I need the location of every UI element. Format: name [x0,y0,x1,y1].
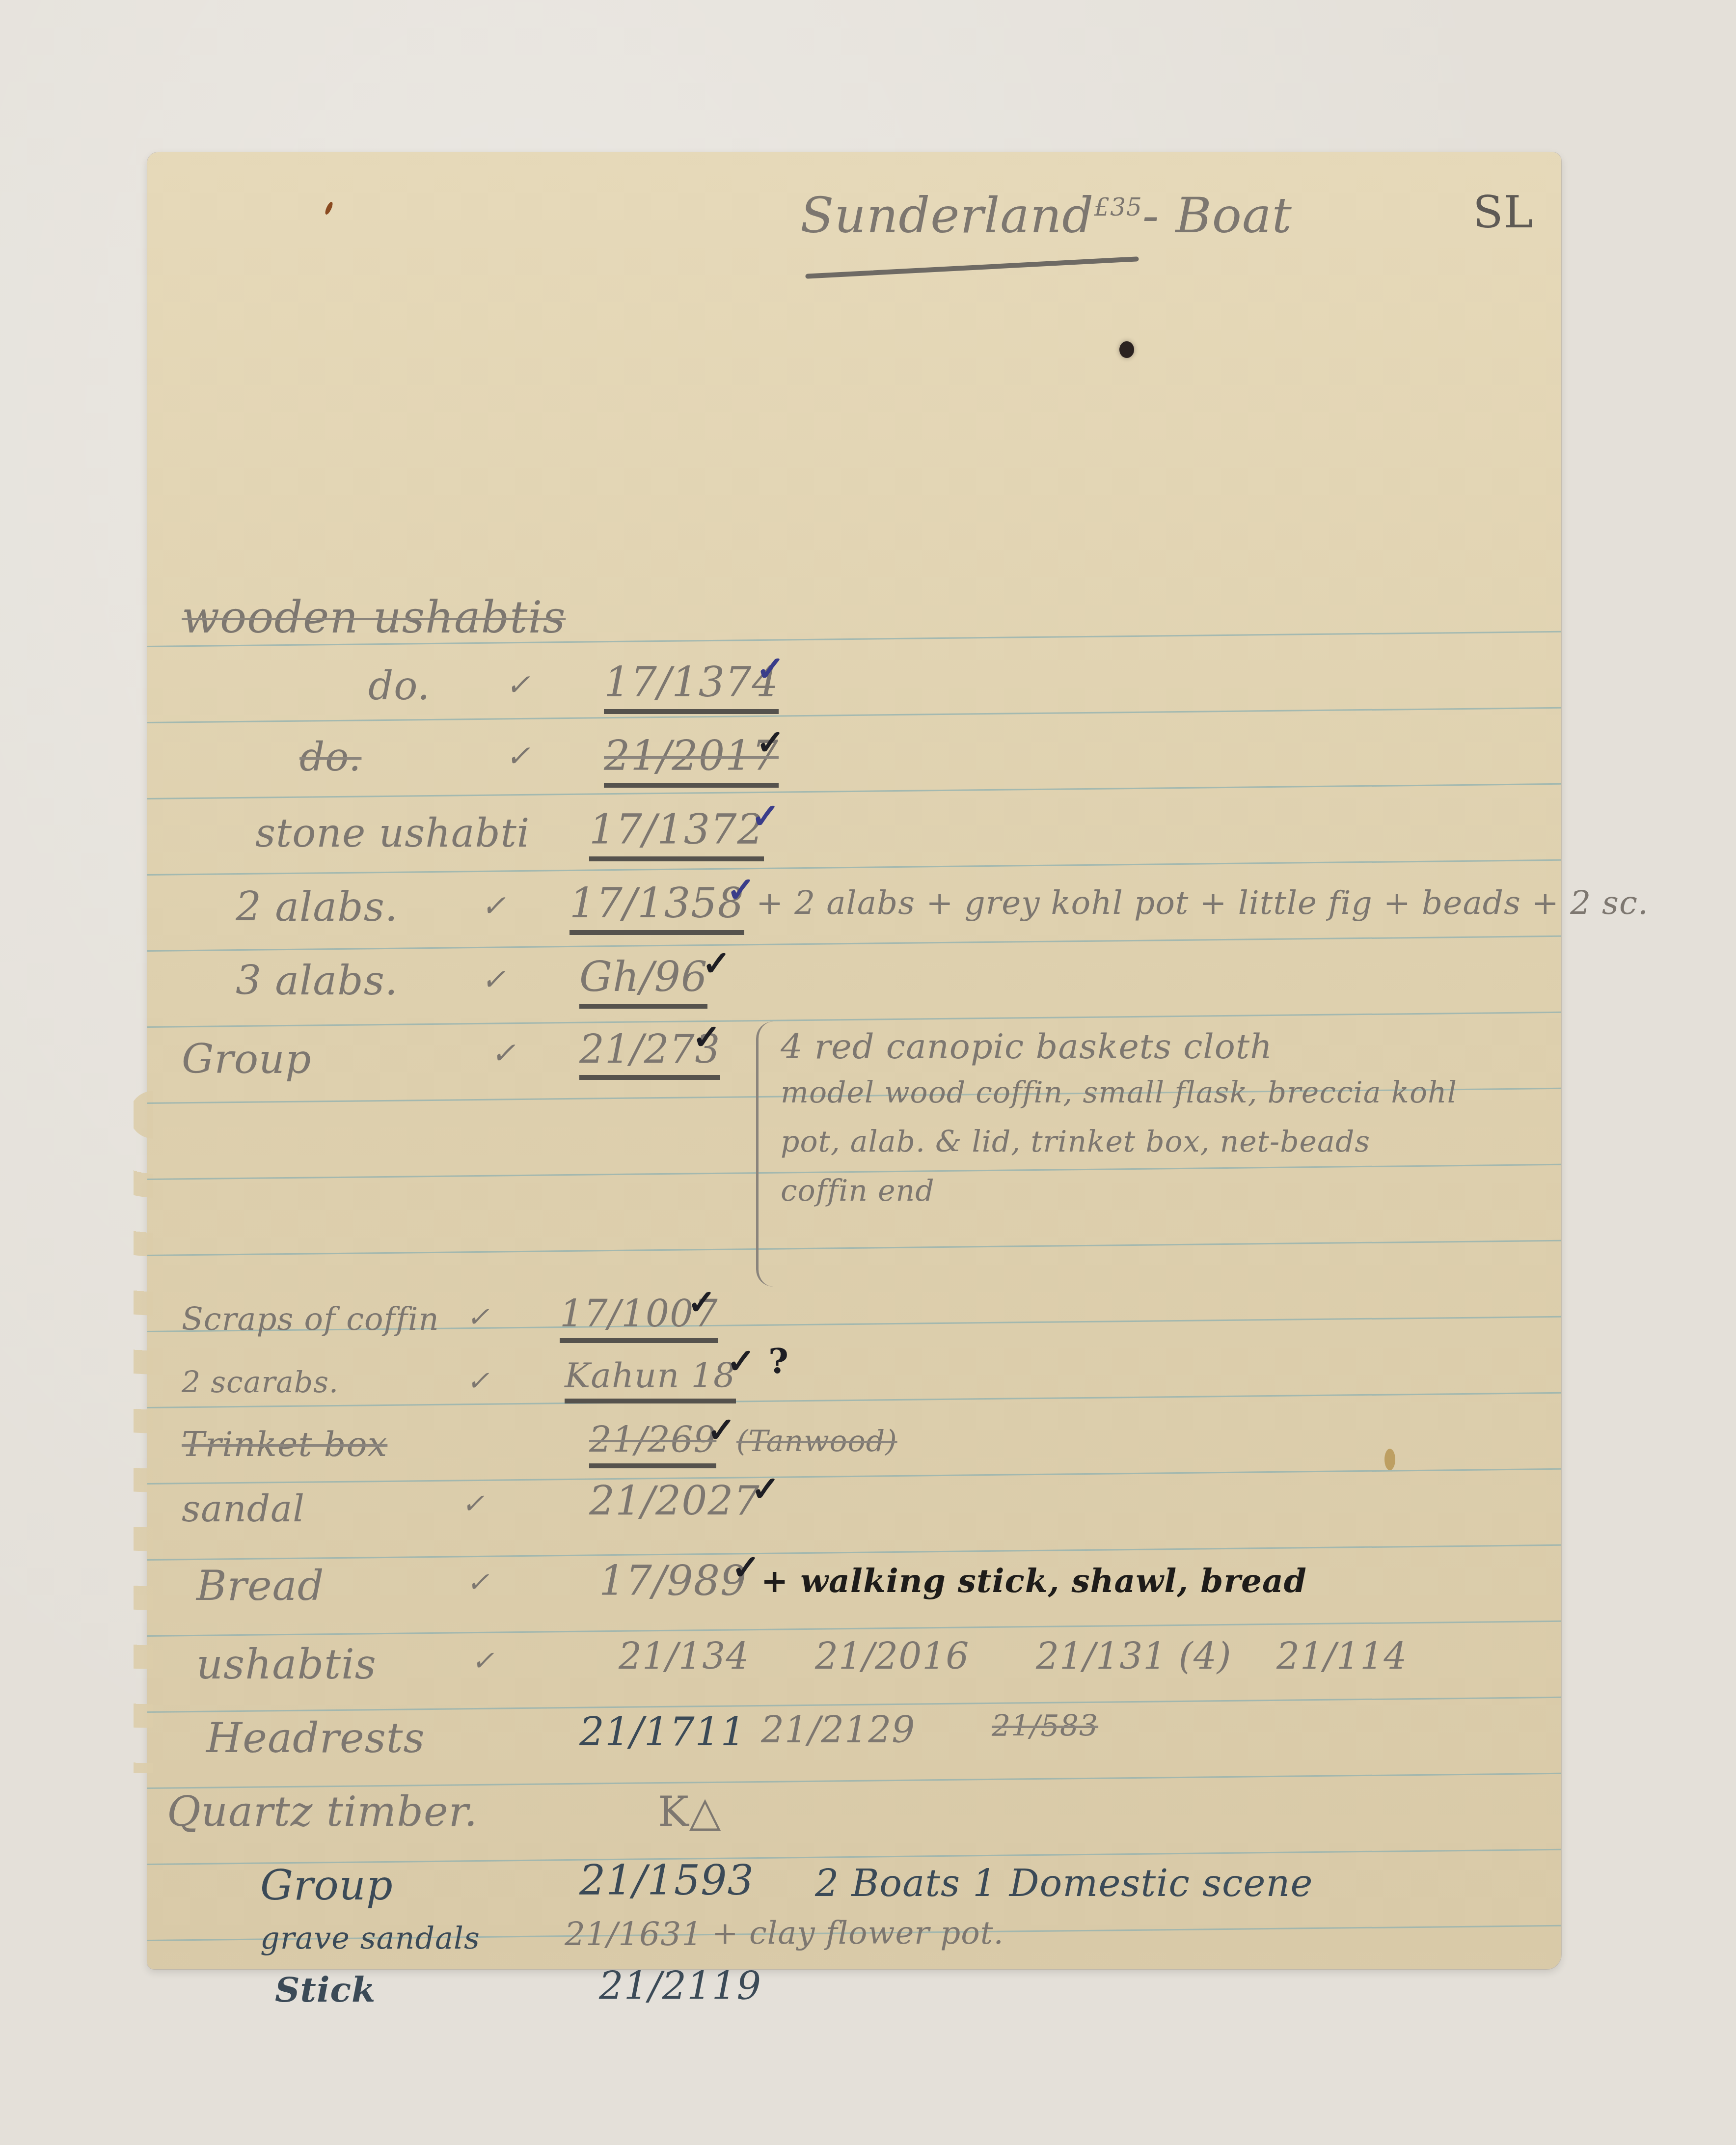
entry-label: Quartz timber. [167,1787,478,1836]
number-tick: ✓ [756,722,786,763]
entry-number-struck: 21/2017 [604,732,779,788]
entry-number: 21/2119 [599,1964,761,2008]
ruled-line [147,859,1561,876]
number-tick: ✓ [707,1409,736,1450]
number-tick: ✓ [732,1547,761,1588]
entry-label: Scraps of coffin [182,1301,439,1338]
group-note-line: 4 red canopic baskets cloth [781,1026,1273,1067]
number-tick: ✓ [702,943,732,984]
entry-note: + clay flower pot. [712,1915,1004,1952]
check-mark: ✓ [466,1365,490,1397]
ink-dot [1119,341,1134,358]
ruled-line [147,1012,1561,1028]
ruled-line [147,1544,1561,1561]
entry-label: ushabtis [196,1640,377,1688]
entry-number: Kahun 18 [565,1355,736,1403]
ruled-line [147,1621,1561,1637]
entry-number-struck: 21/269 [589,1419,716,1468]
entry-label: grave sandals [260,1920,480,1956]
entry-number: 17/1372 [589,805,764,861]
entry-label: Group [260,1861,393,1909]
entry-number: K△ [658,1787,721,1836]
entry-label: Bread [196,1562,324,1610]
check-mark: ✓ [506,739,531,773]
document-title: Sunderland£35- Boat [800,187,1292,244]
check-mark: ✓ [481,962,506,997]
ruled-line [147,1392,1561,1408]
rust-stain [324,201,334,216]
check-mark: ✓ [461,1488,485,1520]
entry-note: + 2 alabs + grey kohl pot + little fig +… [756,884,1649,922]
ruled-line [147,1240,1561,1256]
entry-number: Gh/96 [579,953,707,1009]
entry-number: 17/989 [599,1557,747,1605]
number-tick: ✓ [751,796,781,836]
entry-number: 21/1631 [565,1915,703,1953]
ruled-line [147,1773,1561,1789]
check-mark: ✓ [466,1301,490,1333]
entry-label: 2 alabs. [236,884,398,931]
entry-label: stone ushabti [255,810,530,856]
entry-label: Group [182,1036,311,1083]
number-tick: ✓ [751,1468,781,1509]
entry-label-struck: wooden ushabtis [182,592,566,643]
entry-note-struck: (Tanwood) [736,1424,897,1458]
entry-note: 2 Boats 1 Domestic scene [815,1861,1313,1905]
document-sheet: Sunderland£35- Boat SL wooden ushabtis d… [147,152,1561,1969]
title-text: Sunderland [800,187,1094,244]
entry-label: do. [368,663,430,709]
group-brace [756,1021,773,1287]
corner-code: SL [1473,187,1533,238]
entry-number: 21/114 [1276,1635,1407,1677]
entry-number: 21/131 (4) [1036,1635,1232,1677]
title-price: £35 [1094,193,1142,221]
entry-number: 17/1358 [570,879,744,935]
ruled-line [147,707,1561,723]
number-tick: ✓ [687,1282,717,1322]
ruled-line [147,935,1561,952]
entry-number: 21/134 [619,1635,749,1677]
entry-number: 21/1593 [579,1856,754,1904]
group-note-line: model wood coffin, small flask, breccia … [781,1075,1457,1110]
ruled-line [147,783,1561,799]
title-underline [805,256,1139,279]
group-note-line: pot, alab. & lid, trinket box, net-beads [781,1125,1370,1159]
stain-spot [1384,1449,1395,1470]
number-tick: ✓ [756,648,786,689]
number-tick: ✓ ? [727,1341,789,1381]
entry-number: 21/2027 [589,1478,760,1525]
entry-number-struck: 21/583 [992,1709,1098,1743]
check-mark: ✓ [471,1645,495,1677]
title-suffix: - Boat [1142,187,1292,244]
entry-label: sandal [182,1488,305,1530]
entry-label-struck: Trinket box [182,1424,515,1464]
number-tick: ✓ [727,869,756,910]
entry-number: 21/2129 [761,1709,915,1751]
entry-number: 21/2016 [815,1635,969,1677]
number-tick: ✓ [692,1017,722,1057]
entry-label: 3 alabs. [236,958,398,1004]
check-mark: ✓ [481,889,506,923]
check-mark: ✓ [491,1036,516,1071]
entry-number: 17/1374 [604,658,779,714]
entry-number: 21/1711 [579,1709,746,1755]
check-mark: ✓ [506,668,531,702]
ruled-line [147,1468,1561,1485]
entry-label: Stick [275,1969,376,2010]
check-mark: ✓ [466,1567,490,1598]
entry-label: Headrests [206,1714,425,1762]
group-note-line: coffin end [781,1174,935,1208]
entry-label-struck: do. [226,734,361,780]
entry-note-ink: + walking stick, shawl, bread [761,1562,1307,1600]
entry-label: 2 scarabs. [182,1365,339,1400]
